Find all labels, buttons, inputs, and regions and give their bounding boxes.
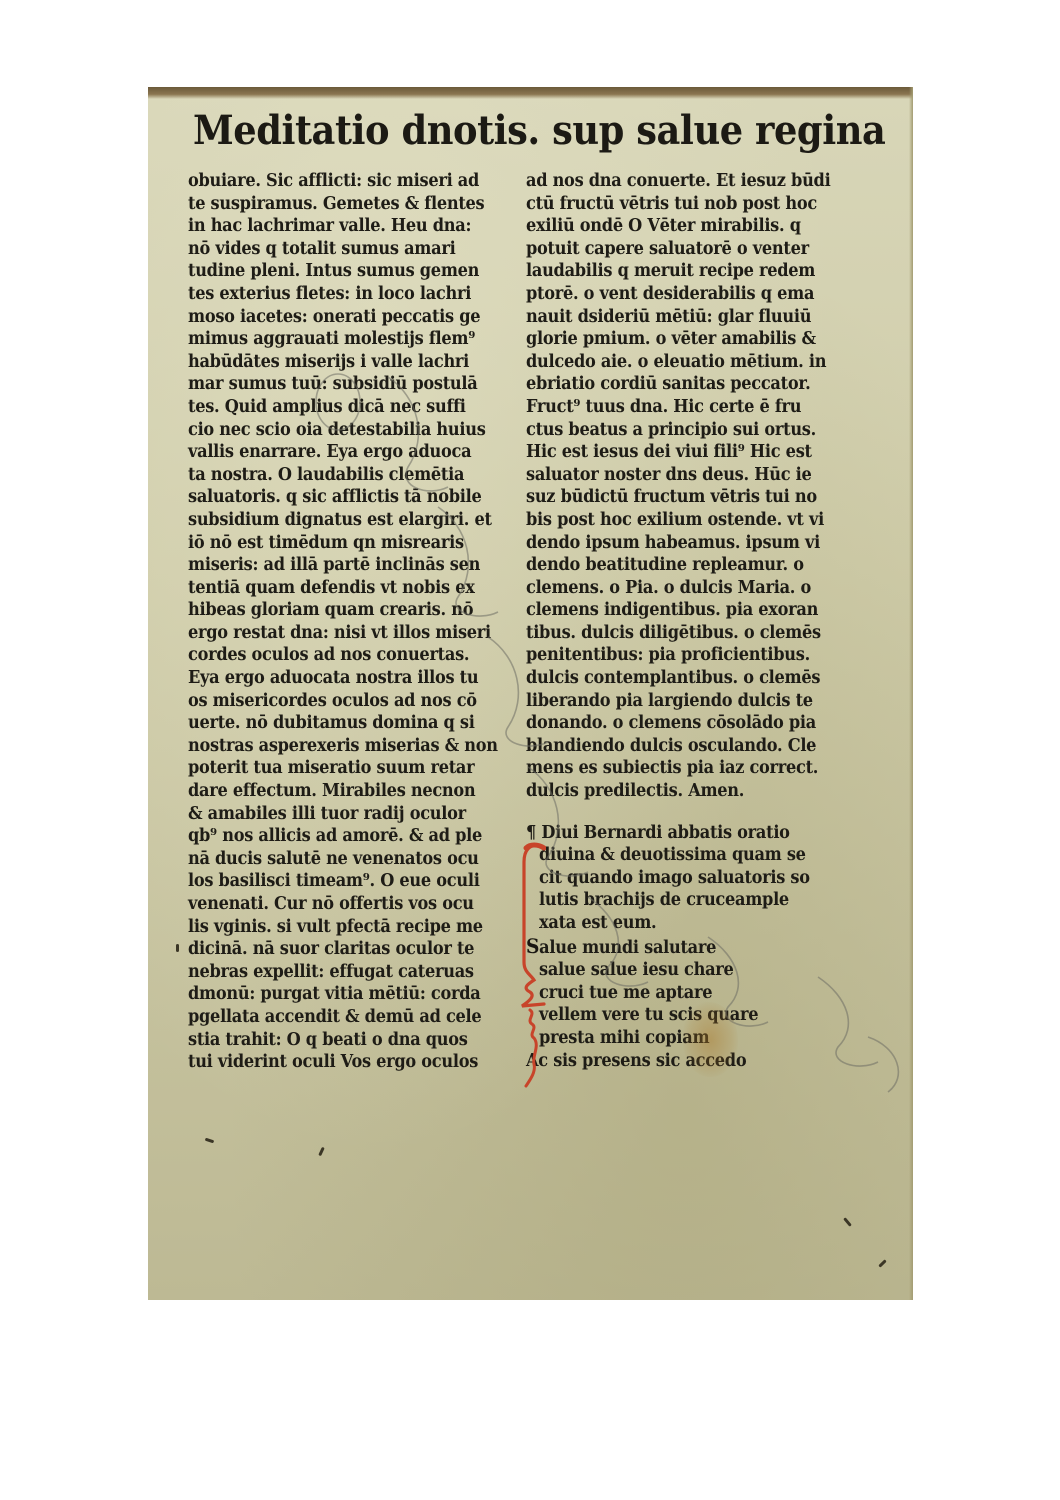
text-line: & amabiles illi tuor radij oculor <box>188 803 495 826</box>
paper-speck <box>318 1147 325 1156</box>
text-line: blandiendo dulcis osculando. Cle <box>526 735 833 758</box>
text-line: dicinā. nā suor claritas oculor te <box>188 938 495 961</box>
text-line: saluator noster dns deus. Hūc ie <box>526 464 833 487</box>
verse-line: Salue mundi salutare <box>526 935 833 960</box>
left-column: obuiare. Sic afflicti: sic miseri ad te … <box>188 170 518 1074</box>
text-line: subsidium dignatus est elargiri. et <box>188 509 495 532</box>
text-line: ergo restat dna: nisi vt illos miseri <box>188 622 495 645</box>
text-line: laudabilis q meruit recipe redem <box>526 260 833 283</box>
paper-speck <box>878 1259 886 1267</box>
text-line: Fruct⁹ tuus dna. Hic certe ē fru <box>526 396 833 419</box>
text-line: uerte. nō dubitamus domina q si <box>188 712 495 735</box>
text-line: tui viderint oculi Vos ergo oculos <box>188 1051 495 1074</box>
text-line: donando. o clemens cōsolādo pia <box>526 712 833 735</box>
text-line: cordes oculos ad nos conuertas. <box>188 644 495 667</box>
verse-line: cruci tue me aptare <box>526 982 833 1005</box>
text-line: potuit capere saluatorē o venter <box>526 238 833 261</box>
text-line: penitentibus: pia proficientibus. <box>526 644 833 667</box>
text-line: ptorē. o vent desiderabilis q ema <box>526 283 833 306</box>
text-line: lis vginis. si vult pfectā recipe me <box>188 916 495 939</box>
text-line: liberando pia largiendo dulcis te <box>526 690 833 713</box>
text-line: mar sumus tuū: subsidiū postulā <box>188 373 495 396</box>
text-line: ebriatio cordiū sanitas peccator. <box>526 373 833 396</box>
section-heading-line: lutis brachijs de cruceample <box>526 889 833 912</box>
manuscript-page: Meditatio dnotis. sup salue regina obuia… <box>148 87 913 1300</box>
verse-initial: S <box>526 934 539 958</box>
text-line: te suspiramus. Gemetes & flentes <box>188 193 495 216</box>
verse-line: vellem vere tu scis quare <box>526 1004 833 1027</box>
text-line: miseris: ad illā partē inclinās sen <box>188 554 495 577</box>
paper-speck <box>205 1138 214 1144</box>
section-heading-line: ¶ Diui Bernardi abbatis oratio <box>526 822 833 845</box>
text-line: habūdātes miserijs i valle lachri <box>188 351 495 374</box>
text-line: Eya ergo aduocata nostra illos tu <box>188 667 495 690</box>
text-line: nebras expellit: effugat cateruas <box>188 961 495 984</box>
text-line: dendo ipsum habeamus. ipsum vi <box>526 532 833 555</box>
text-line: ctus beatus a principio sui ortus. <box>526 419 833 442</box>
text-line: mens es subiectis pia iaz correct. <box>526 757 833 780</box>
text-line: moso iacetes: onerati peccatis ge <box>188 306 495 329</box>
text-line: nō vides q totalit sumus amari <box>188 238 495 261</box>
text-line: tes. Quid amplius dicā nec suffi <box>188 396 495 419</box>
text-line: dulcis predilectis. Amen. <box>526 780 833 803</box>
text-line: suz būdictū fructum vētris tui no <box>526 486 833 509</box>
text-line: dulcedo aie. o eleuatio mētium. in <box>526 351 833 374</box>
page-right-edge <box>909 87 913 1300</box>
text-line: Hic est iesus dei viui fili⁹ Hic est <box>526 441 833 464</box>
paper-speck <box>176 944 179 952</box>
text-line: dendo beatitudine repleamur. o <box>526 554 833 577</box>
verse-line: presta mihi copiam <box>526 1027 833 1050</box>
running-head: Meditatio dnotis. sup salue regina <box>193 107 819 154</box>
text-line: tentiā quam defendis vt nobis ex <box>188 577 495 600</box>
text-line: iō nō est timēdum qn misrearis <box>188 532 495 555</box>
text-line: saluatoris. q sic afflictis tā nobile <box>188 486 495 509</box>
page-top-edge <box>148 87 913 99</box>
text-line: los basilisci timeam⁹. O eue oculi <box>188 870 495 893</box>
text-line: mimus aggrauati molestijs flem⁹ <box>188 328 495 351</box>
text-line: dulcis contemplantibus. o clemēs <box>526 667 833 690</box>
text-line: cio nec scio oia detestabilia huius <box>188 419 495 442</box>
text-line: tes exterius fletes: in loco lachri <box>188 283 495 306</box>
text-line: nostras asperexeris miserias & non <box>188 735 495 758</box>
text-line: ad nos dna conuerte. Et iesuz būdi <box>526 170 833 193</box>
right-column: ad nos dna conuerte. Et iesuz būdi ctū f… <box>526 170 856 1072</box>
section-heading-line: diuina & deuotissima quam se <box>526 844 833 867</box>
text-line: dmonū: purgat vitia mētiū: corda <box>188 983 495 1006</box>
text-line: hibeas gloriam quam crearis. nō <box>188 599 495 622</box>
verse-line: Ac sis presens sic accedo <box>526 1050 833 1073</box>
text-line: obuiare. Sic afflicti: sic miseri ad <box>188 170 495 193</box>
text-line: qb⁹ nos allicis ad amorē. & ad ple <box>188 825 495 848</box>
text-line: ctū fructū vētris tui nob post hoc <box>526 193 833 216</box>
text-line: nauit dsideriū mētiū: glar fluuiū <box>526 306 833 329</box>
text-line: tudine pleni. Intus sumus gemen <box>188 260 495 283</box>
text-line: nā ducis salutē ne venenatos ocu <box>188 848 495 871</box>
text-line: glorie pmium. o vēter amabilis & <box>526 328 833 351</box>
text-line: exiliū ondē O Vēter mirabilis. q <box>526 215 833 238</box>
text-line: in hac lachrimar valle. Heu dna: <box>188 215 495 238</box>
text-line: dare effectum. Mirabiles necnon <box>188 780 495 803</box>
text-line: stia trahit: O q beati o dna quos <box>188 1029 495 1052</box>
verse-line: salue salue iesu chare <box>526 959 833 982</box>
paper-speck <box>843 1217 852 1227</box>
section-heading-line: cit quando imago saluatoris so <box>526 867 833 890</box>
text-line: bis post hoc exilium ostende. vt vi <box>526 509 833 532</box>
text-line: poterit tua miseratio suum retar <box>188 757 495 780</box>
text-line: clemens. o Pia. o dulcis Maria. o <box>526 577 833 600</box>
section-heading-line: xata est eum. <box>526 912 833 935</box>
text-line: venenati. Cur nō offertis vos ocu <box>188 893 495 916</box>
text-line: clemens indigentibus. pia exoran <box>526 599 833 622</box>
text-line: tibus. dulcis diligētibus. o clemēs <box>526 622 833 645</box>
text-line: pgellata accendit & demū ad cele <box>188 1006 495 1029</box>
verse-line-text: alue mundi salutare <box>539 938 716 958</box>
text-line: vallis enarrare. Eya ergo aduoca <box>188 441 495 464</box>
text-line: ta nostra. O laudabilis clemētia <box>188 464 495 487</box>
text-line: os misericordes oculos ad nos cō <box>188 690 495 713</box>
